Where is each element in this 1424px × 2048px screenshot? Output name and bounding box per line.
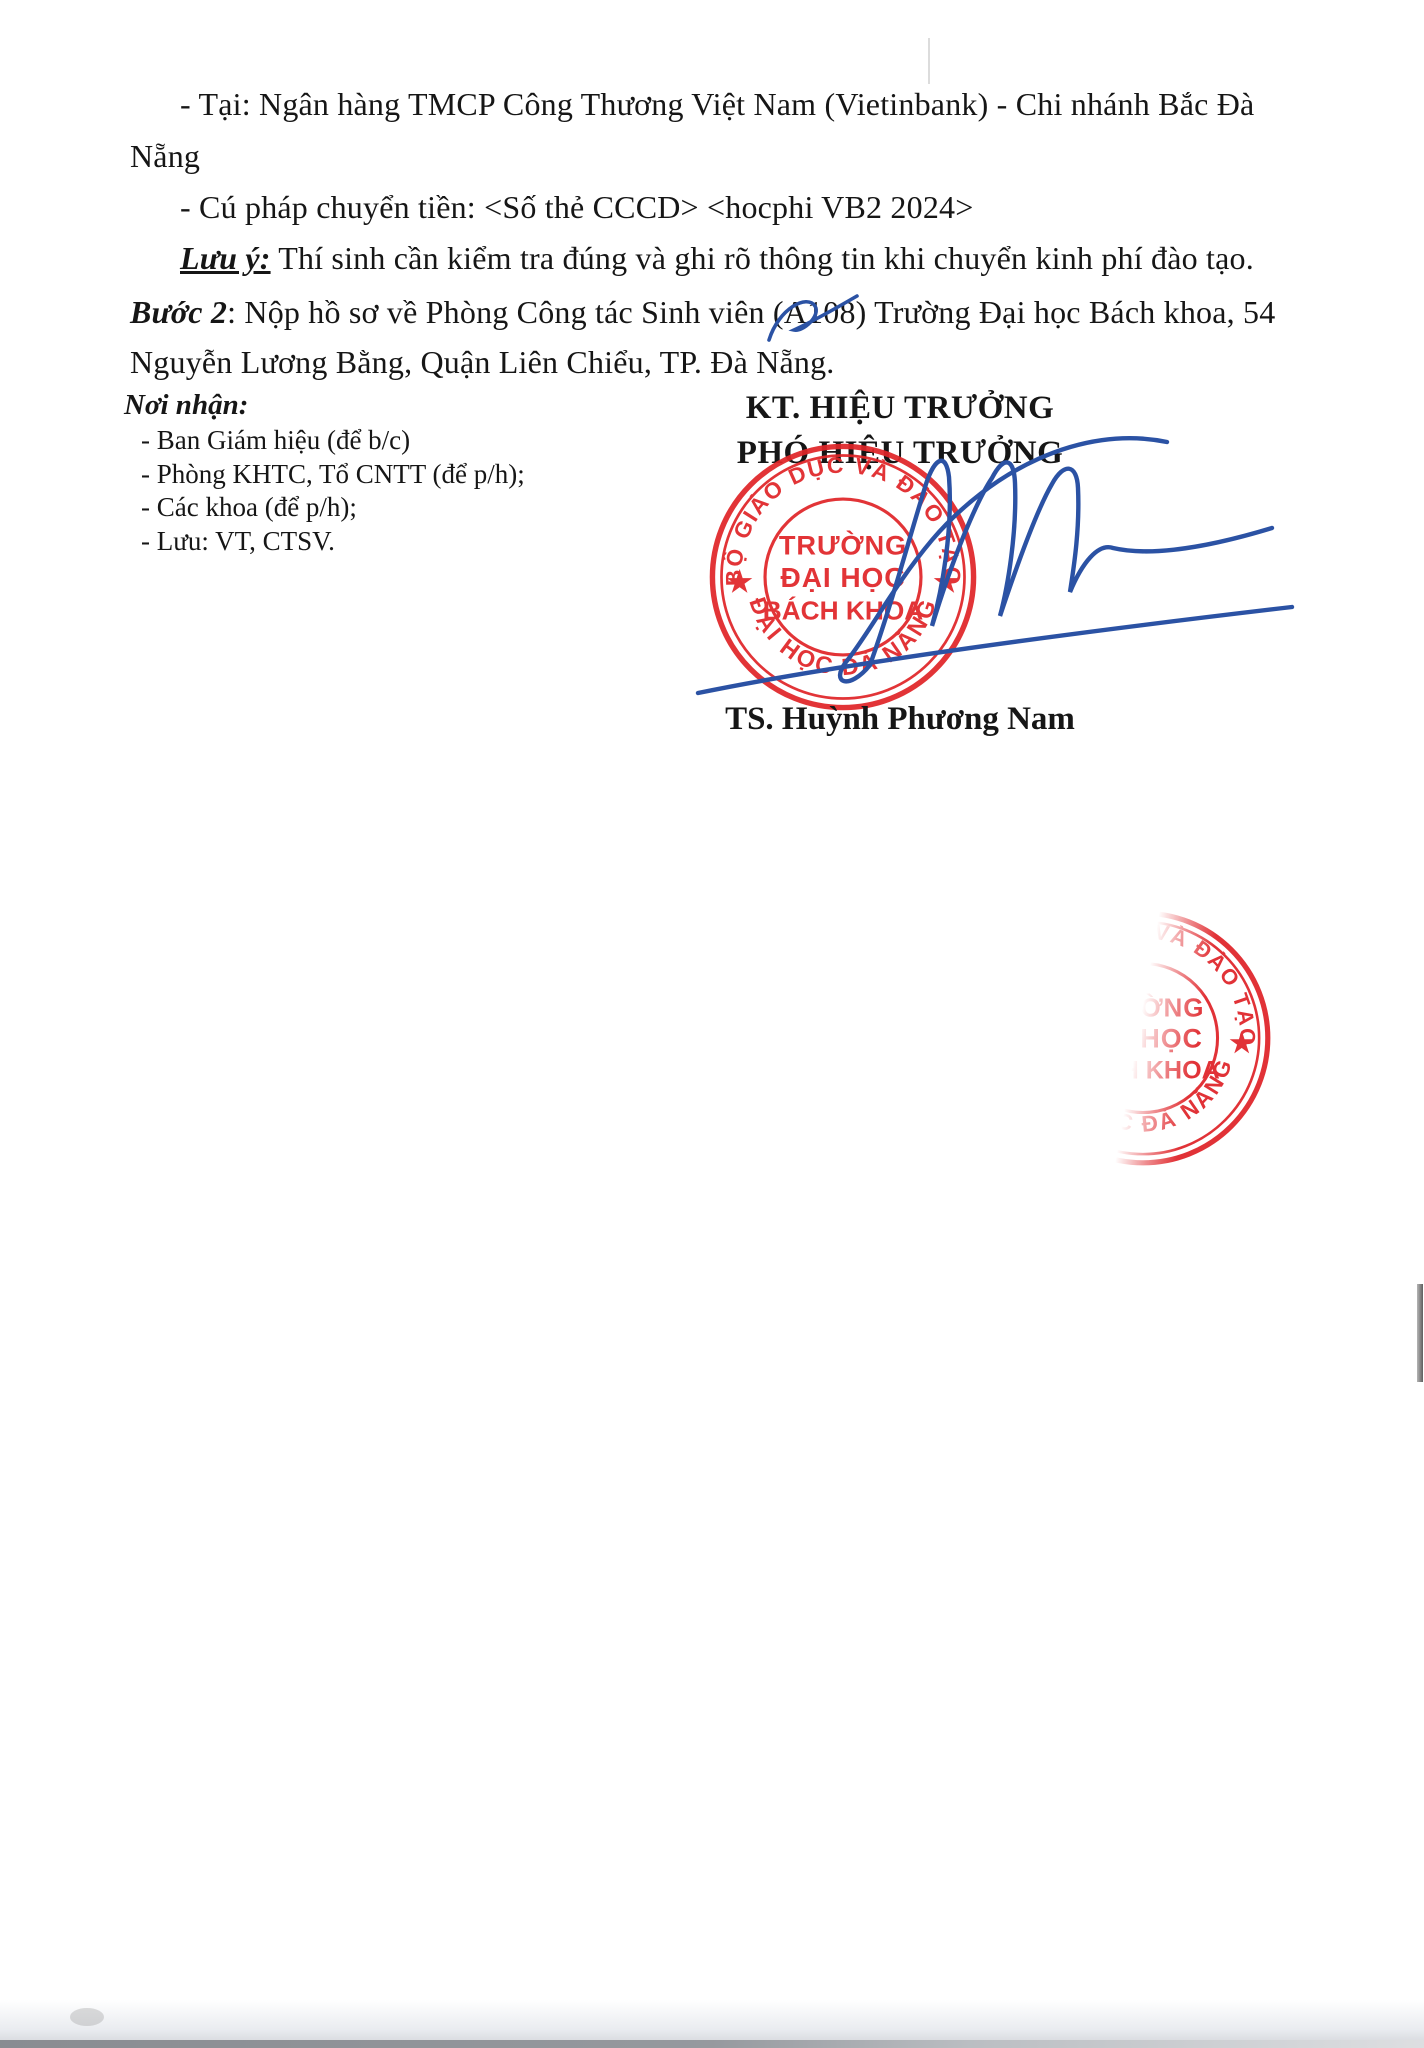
scan-artifact-smudge [70,2008,104,2026]
recipient-item: - Ban Giám hiệu (để b/c) [141,424,525,458]
stamp-center-line-2: ĐẠI HỌC [1083,1024,1202,1054]
scan-artifact-right-edge [1417,1284,1423,1382]
stamp-star-left-icon: ★ [1032,1027,1057,1058]
step2-text-1: : Nộp hồ sơ về Phòng Công tác Sinh viên … [227,294,1275,330]
note-text: Thí sinh cần kiểm tra đúng và ghi rõ thô… [271,240,1254,276]
bank-line-1: - Tại: Ngân hàng TMCP Công Thương Việt N… [180,84,1254,124]
stamp-star-right-icon: ★ [1229,1027,1254,1058]
paraph-ink-mark [757,288,872,350]
scanned-document-page: - Tại: Ngân hàng TMCP Công Thương Việt N… [0,0,1424,2048]
stamp-center-line-1: TRƯỜNG [1082,992,1205,1022]
transfer-syntax-line: - Cú pháp chuyển tiền: <Số thẻ CCCD> <ho… [180,187,973,227]
recipient-item: - Phòng KHTC, Tổ CNTT (để p/h); [141,458,525,492]
signer-name: TS. Huỳnh Phương Nam [690,701,1110,738]
scan-artifact-top-line [928,38,930,84]
partial-red-stamp: BỘ GIÁO DỤC VÀ ĐÀO TẠO ĐẠI HỌC ĐÀ NẴNG ★… [1013,908,1273,1168]
handwritten-signature [680,400,1305,720]
bank-line-2: Nẵng [130,136,200,176]
step2-line-1: Bước 2: Nộp hồ sơ về Phòng Công tác Sinh… [130,292,1275,332]
recipient-item: - Các khoa (để p/h); [141,491,525,525]
recipients-heading: Nơi nhận: [124,389,248,422]
recipient-item: - Lưu: VT, CTSV. [141,525,525,559]
note-label: Lưu ý: [180,240,271,276]
scan-artifact-bottom-edge [0,2040,1424,2048]
step2-label: Bước 2 [130,294,227,330]
scan-artifact-bottom-wash [0,2000,1424,2040]
step2-line-2: Nguyễn Lương Bằng, Quận Liên Chiểu, TP. … [130,342,835,382]
note-line: Lưu ý: Thí sinh cần kiểm tra đúng và ghi… [180,238,1254,278]
stamp-center-line-3: BÁCH KHOA [1066,1056,1220,1085]
recipients-list: - Ban Giám hiệu (để b/c) - Phòng KHTC, T… [141,424,525,558]
